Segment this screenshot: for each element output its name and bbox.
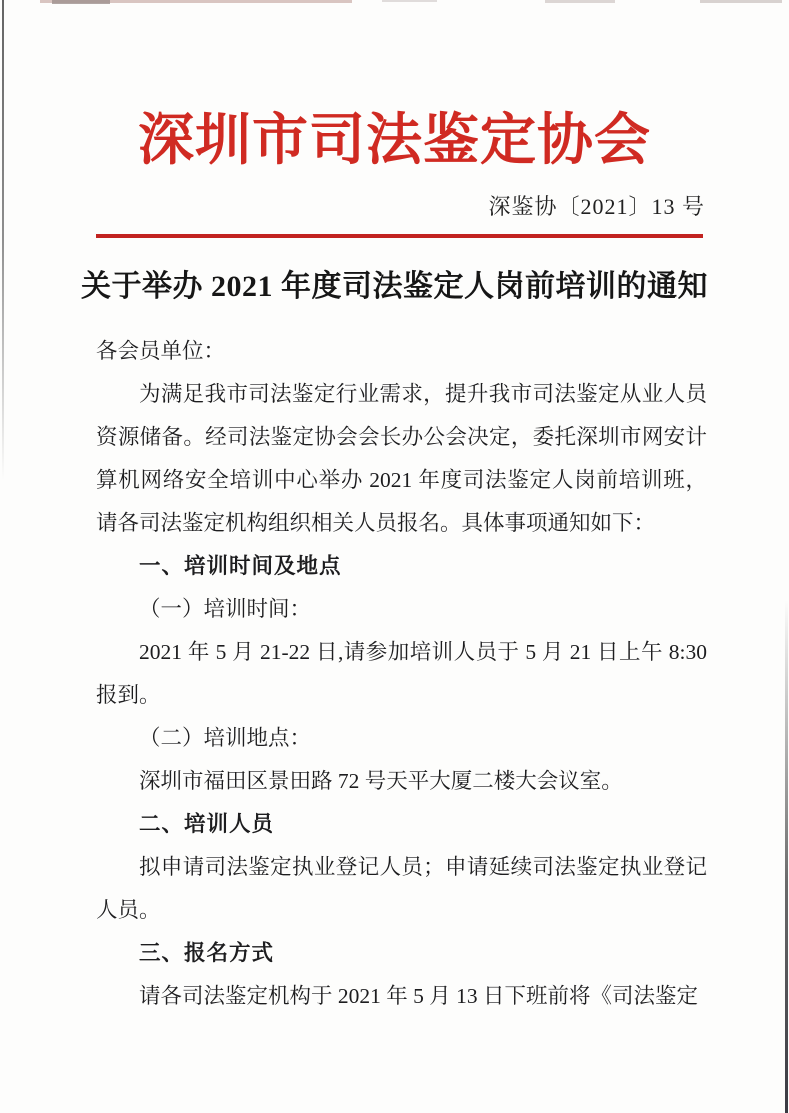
section-3-heading: 三、报名方式: [96, 932, 707, 975]
scan-top-artifact: [382, 0, 437, 2]
scan-top-artifact: [700, 0, 782, 3]
intro-paragraph: 为满足我市司法鉴定行业需求，提升我市司法鉴定从业人员资源储备。经司法鉴定协会会长…: [96, 373, 707, 545]
section-1-sub-2-heading: （二）培训地点：: [96, 717, 707, 760]
notice-body: 各会员单位： 为满足我市司法鉴定行业需求，提升我市司法鉴定从业人员资源储备。经司…: [96, 330, 707, 1018]
document-number: 深鉴协〔2021〕13 号: [0, 190, 789, 221]
section-1-heading: 一、培训时间及地点: [96, 545, 707, 588]
section-1-sub-2-text: 深圳市福田区景田路 72 号天平大厦二楼大会议室。: [96, 760, 707, 803]
section-2-text: 拟申请司法鉴定执业登记人员；申请延续司法鉴定执业登记人员。: [96, 846, 707, 932]
org-name-letterhead: 深圳市司法鉴定协会: [40, 106, 749, 176]
scan-top-artifact: [52, 0, 110, 4]
letterhead-red-rule: [96, 234, 703, 238]
salutation: 各会员单位：: [96, 330, 707, 373]
scan-top-artifact: [545, 0, 615, 3]
notice-title: 关于举办 2021 年度司法鉴定人岗前培训的通知: [60, 261, 729, 305]
section-1-sub-1-heading: （一）培训时间：: [96, 588, 707, 631]
scan-edge-right-artifact: [785, 600, 788, 1113]
scan-edge-left-artifact: [2, 0, 4, 480]
section-3-text: 请各司法鉴定机构于 2021 年 5 月 13 日下班前将《司法鉴定: [96, 975, 707, 1018]
scanned-notice-page: 深圳市司法鉴定协会 深鉴协〔2021〕13 号 关于举办 2021 年度司法鉴定…: [0, 0, 789, 1113]
section-2-heading: 二、培训人员: [96, 803, 707, 846]
section-1-sub-1-text: 2021 年 5 月 21-22 日,请参加培训人员于 5 月 21 日上午 8…: [96, 631, 707, 717]
